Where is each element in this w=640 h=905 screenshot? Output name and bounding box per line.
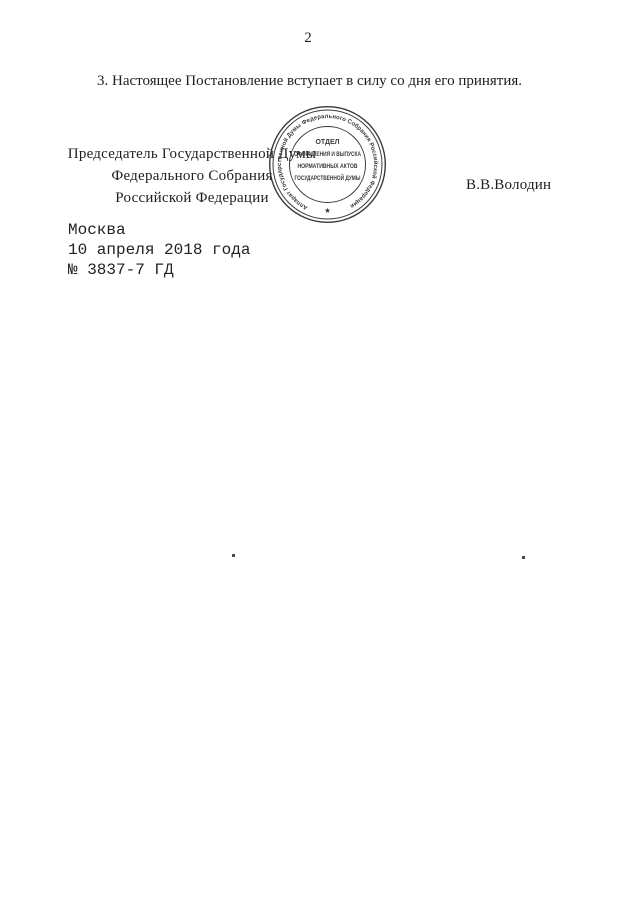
page-number: 2	[0, 30, 616, 47]
scan-speck	[522, 556, 525, 559]
stamp-center-line-3: НОРМАТИВНЫХ АКТОВ	[298, 163, 358, 170]
document-page: 2 3. Настоящее Постановление вступает в …	[0, 0, 640, 905]
signer-name: В.В.Володин	[466, 177, 551, 194]
issuance-date: 10 апреля 2018 года	[68, 240, 250, 260]
resolution-paragraph-3: 3. Настоящее Постановление вступает в си…	[97, 73, 557, 90]
issuance-number: № 3837-7 ГД	[68, 260, 250, 280]
stamp-center-line-1: ОТДЕЛ	[315, 139, 339, 146]
issuance-city: Москва	[68, 220, 250, 240]
issuance-block: Москва 10 апреля 2018 года № 3837-7 ГД	[68, 220, 250, 280]
stamp-center-line-4: ГОСУДАРСТВЕННОЙ ДУМЫ	[295, 174, 361, 182]
official-stamp: Аппарат Государственной Думы Федеральног…	[267, 104, 388, 225]
stamp-star-icon: ★	[324, 206, 331, 215]
stamp-center-line-2: ОФОРМЛЕНИЯ И ВЫПУСКА	[294, 151, 361, 158]
scan-speck	[232, 554, 235, 557]
